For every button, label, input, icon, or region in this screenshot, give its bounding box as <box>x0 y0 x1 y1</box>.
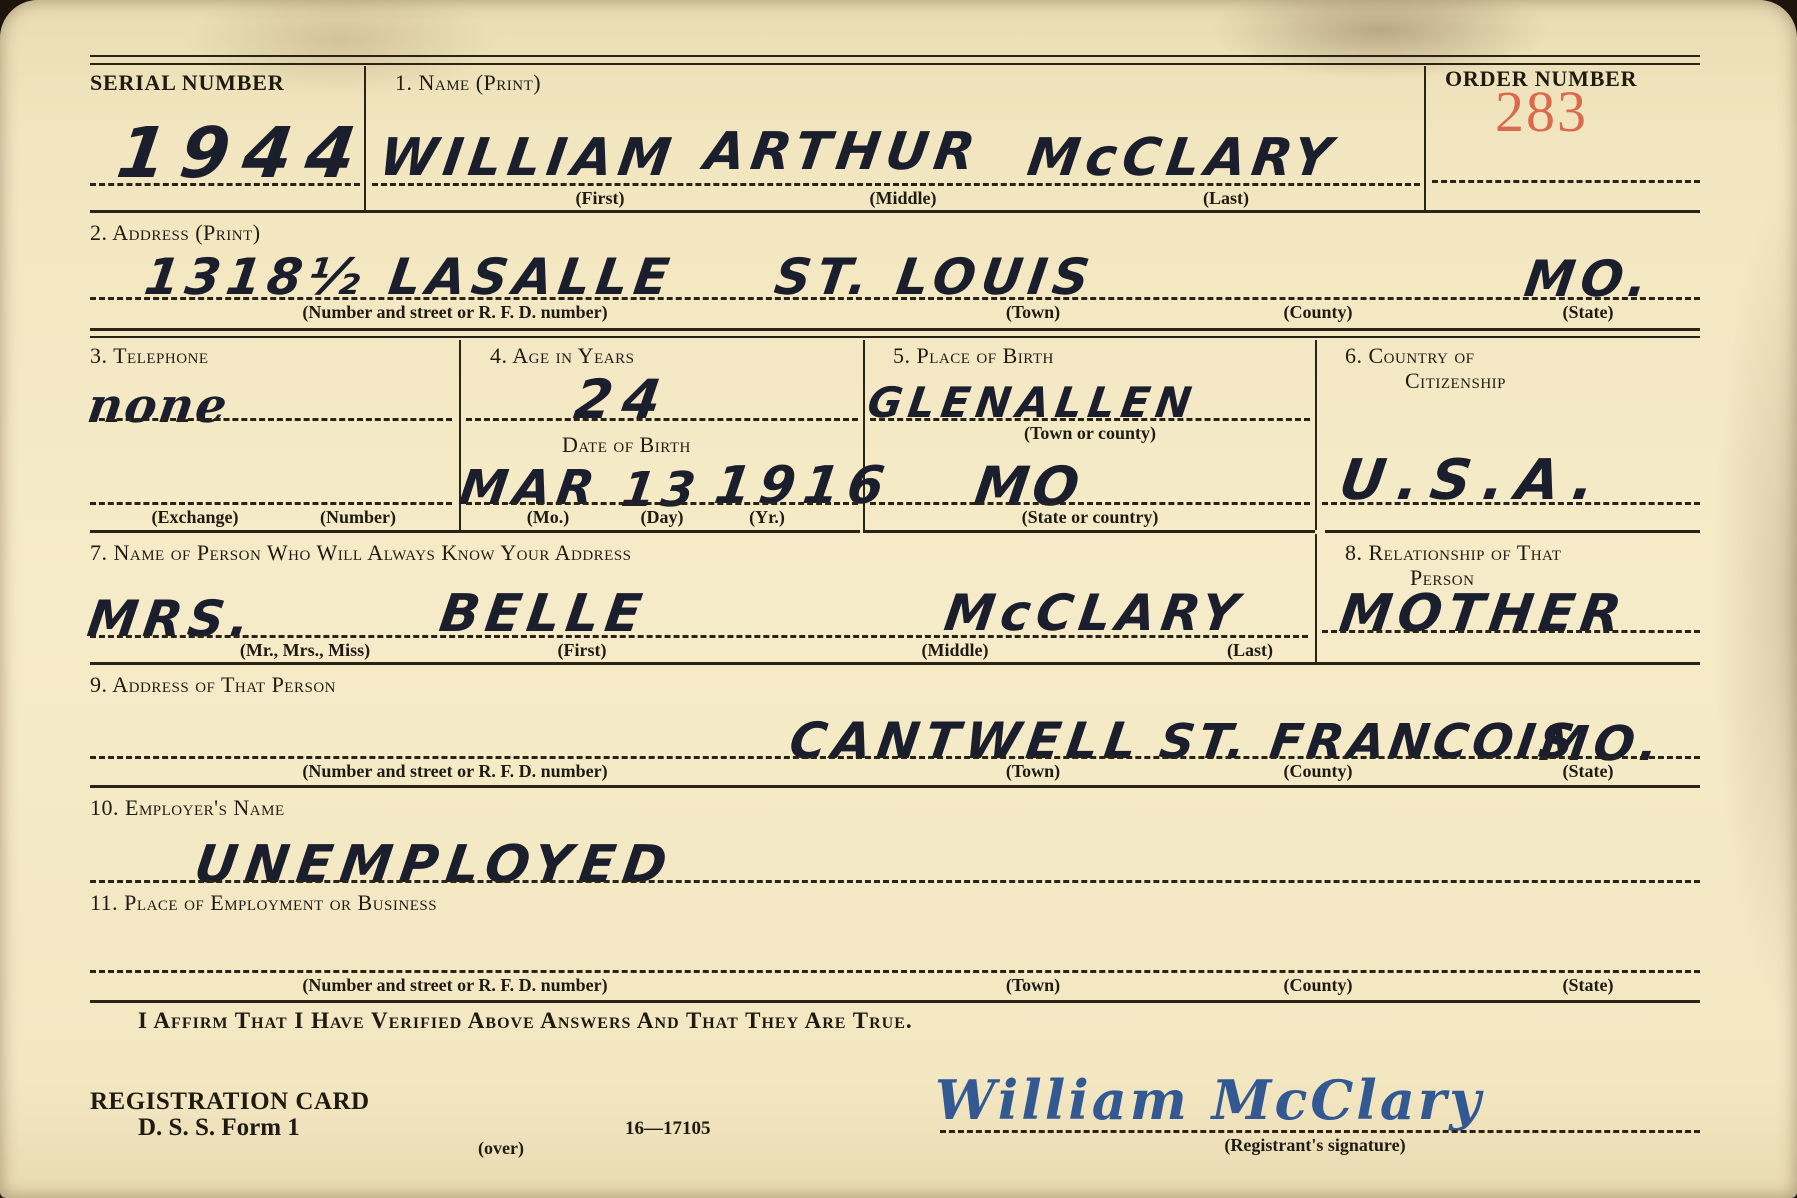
dob-year-caption: (Yr.) <box>749 507 785 528</box>
relationship-line <box>1322 630 1700 633</box>
row3-bottom-rule-left <box>90 530 860 533</box>
dob-day-caption: (Day) <box>641 507 684 528</box>
employment-place-state-caption: (State) <box>1563 975 1614 996</box>
telephone-number-caption: (Number) <box>320 507 396 528</box>
contact-label: 7. Name of Person Who Will Always Know Y… <box>90 540 632 566</box>
contact-title-value: MRS. <box>84 590 259 648</box>
citizenship-label-line2: Citizenship <box>1405 368 1506 394</box>
order-number-stamp: 283 <box>1495 78 1588 145</box>
relationship-label-line1: 8. Relationship of That <box>1345 540 1561 566</box>
top-rule-inner <box>90 63 1700 65</box>
birthplace-label: 5. Place of Birth <box>893 343 1054 369</box>
contact-title-caption: (Mr., Mrs., Miss) <box>240 640 370 661</box>
row2-bottom-rule-inner <box>90 336 1700 338</box>
row3-bottom-rule-mid <box>863 530 1315 533</box>
signature-caption: (Registrant's signature) <box>1224 1135 1405 1156</box>
birthplace-state-caption: (State or country) <box>1022 507 1159 528</box>
employment-place-street-caption: (Number and street or R. F. D. number) <box>302 975 607 996</box>
over-label: (over) <box>478 1138 524 1159</box>
citizenship-line <box>1322 502 1700 505</box>
telephone-label: 3. Telephone <box>90 343 209 369</box>
employer-value: UNEMPLOYED <box>191 835 679 895</box>
address-line <box>90 297 1700 300</box>
contact-middle-caption: (Middle) <box>922 640 989 661</box>
name-label: 1. Name (Print) <box>395 70 541 96</box>
contact-last-value: McCLARY <box>941 584 1248 642</box>
name-middle-value: ARTHUR <box>701 122 985 182</box>
divider-order <box>1424 66 1426 210</box>
name-line <box>372 183 1420 186</box>
dob-line <box>466 502 858 505</box>
contact-address-county-caption: (County) <box>1283 761 1352 782</box>
contact-address-town-value: CANTWELL <box>786 712 1147 770</box>
address-county-caption: (County) <box>1283 302 1352 323</box>
employment-place-label: 11. Place of Employment or Business <box>90 890 437 916</box>
dob-year-value: 1916 <box>711 456 896 516</box>
employment-place-town-caption: (Town) <box>1006 975 1060 996</box>
registrant-signature: William McClary <box>935 1068 1484 1132</box>
name-last-value: McCLARY <box>1024 128 1341 188</box>
signature-line <box>940 1130 1700 1133</box>
relationship-value: MOTHER <box>1336 584 1631 644</box>
telephone-exchange-caption: (Exchange) <box>152 507 239 528</box>
divider-relationship <box>1315 534 1317 662</box>
telephone-value: none <box>84 378 232 434</box>
row3-bottom-rule-right <box>1325 530 1700 533</box>
contact-address-street-caption: (Number and street or R. F. D. number) <box>302 761 607 782</box>
birthplace-town-line <box>870 418 1310 421</box>
contact-line <box>90 635 1308 638</box>
print-code: 16—17105 <box>625 1118 711 1140</box>
name-middle-caption: (Middle) <box>870 188 937 209</box>
telephone-line-2 <box>90 502 452 505</box>
form-id: D. S. S. Form 1 <box>138 1114 300 1142</box>
serial-number-line <box>90 183 360 186</box>
employment-place-county-caption: (County) <box>1283 975 1352 996</box>
name-last-caption: (Last) <box>1203 188 1249 209</box>
age-line <box>466 418 858 421</box>
address-town-caption: (Town) <box>1006 302 1060 323</box>
serial-number-value: 1944 <box>112 112 374 194</box>
telephone-line-1 <box>90 418 452 421</box>
row9-bottom-rule <box>90 785 1700 788</box>
contact-last-caption: (Last) <box>1227 640 1273 661</box>
citizenship-label-line1: 6. Country of <box>1345 343 1475 369</box>
dob-label: Date of Birth <box>562 432 691 458</box>
age-label: 4. Age in Years <box>490 343 634 369</box>
employer-label: 10. Employer's Name <box>90 795 285 821</box>
age-value: 24 <box>571 368 675 431</box>
affirmation-text: I Affirm That I Have Verified Above Answ… <box>138 1008 913 1034</box>
name-first-value: WILLIAM <box>376 128 681 188</box>
row7-bottom-rule <box>90 662 1700 665</box>
top-rule <box>90 55 1700 57</box>
contact-address-county-value: ST. FRANCOIS <box>1156 714 1582 770</box>
draft-registration-card: SERIAL NUMBER 1944 1. Name (Print) WILLI… <box>0 0 1797 1198</box>
row1-bottom-rule <box>90 210 1700 213</box>
name-first-caption: (First) <box>576 188 625 209</box>
dob-month-caption: (Mo.) <box>527 507 569 528</box>
contact-address-state-caption: (State) <box>1563 761 1614 782</box>
serial-number-label: SERIAL NUMBER <box>90 70 284 96</box>
contact-address-line <box>90 756 1700 759</box>
birthplace-town-caption: (Town or county) <box>1024 423 1156 444</box>
address-state-caption: (State) <box>1563 302 1614 323</box>
contact-address-label: 9. Address of That Person <box>90 672 336 698</box>
row2-bottom-rule <box>90 328 1700 331</box>
order-number-line <box>1432 180 1700 183</box>
row11-bottom-rule <box>90 1000 1700 1003</box>
address-street-caption: (Number and street or R. F. D. number) <box>302 302 607 323</box>
contact-address-town-caption: (Town) <box>1006 761 1060 782</box>
employer-line <box>90 880 1700 883</box>
birthplace-state-line <box>870 502 1310 505</box>
address-label: 2. Address (Print) <box>90 220 261 246</box>
divider-birthplace <box>1315 340 1317 530</box>
registration-card-title: REGISTRATION CARD <box>90 1088 370 1116</box>
employment-place-line <box>90 970 1700 973</box>
contact-first-caption: (First) <box>558 640 607 661</box>
